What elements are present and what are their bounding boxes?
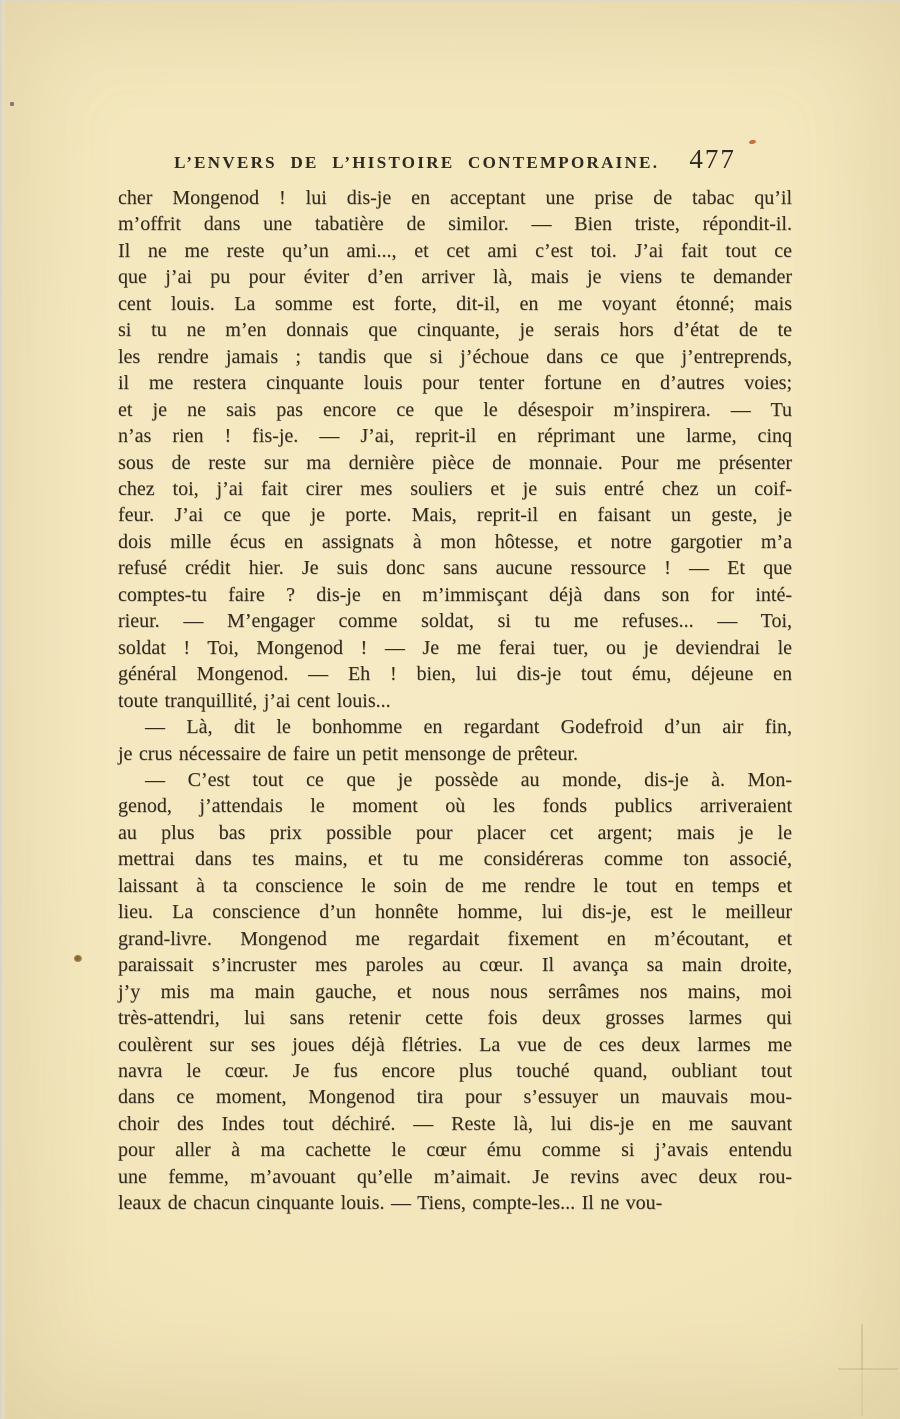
text-line: Il ne me reste qu’un ami..., et cet ami … [118, 238, 792, 264]
paper-foxing-speck [74, 955, 82, 962]
text-line: et je ne sais pas encore ce que le déses… [118, 397, 792, 423]
text-line: il me restera cinquante louis pour tente… [118, 370, 792, 396]
text-line: grand-livre. Mongenod me regardait fixem… [118, 926, 792, 952]
show-through-line [861, 1372, 863, 1416]
text-line: refusé crédit hier. Je suis donc sans au… [118, 555, 792, 581]
running-head: L’ENVERS DE L’HISTOIRE CONTEMPORAINE. 47… [118, 144, 792, 175]
text-line: soldat ! Toi, Mongenod ! — Je me ferai t… [118, 635, 792, 661]
text-line: si tu ne m’en donnais que cinquante, je … [118, 317, 792, 343]
text-line: lieu. La conscience d’un honnête homme, … [118, 899, 792, 925]
text-line: — Là, dit le bonhomme en regardant Godef… [118, 714, 792, 740]
text-line: cent louis. La somme est forte, dit-il, … [118, 291, 792, 317]
text-line: dans ce moment, Mongenod tira pour s’ess… [118, 1084, 792, 1110]
text-line: pour aller à ma cachette le cœur ému com… [118, 1137, 792, 1163]
text-line: — C’est tout ce que je possède au monde,… [118, 767, 792, 793]
text-line: dois mille écus en assignats à mon hôtes… [118, 529, 792, 555]
running-title: L’ENVERS DE L’HISTOIRE CONTEMPORAINE. [174, 153, 659, 173]
text-line: m’offrit dans une tabatière de similor. … [118, 211, 792, 237]
text-line: toute tranquillité, j’ai cent louis... [118, 688, 792, 714]
text-line: choir des Indes tout déchiré. — Reste là… [118, 1111, 792, 1137]
text-line: au plus bas prix possible pour placer ce… [118, 820, 792, 846]
text-line: les rendre jamais ; tandis que si j’écho… [118, 344, 792, 370]
paragraph: — Là, dit le bonhomme en regardant Godef… [118, 714, 792, 767]
scan-edge-top [0, 0, 900, 3]
text-line: très-attendri, lui sans retenir cette fo… [118, 1005, 792, 1031]
text-line: comptes-tu faire ? dis-je en m’immisçant… [118, 582, 792, 608]
text-line: général Mongenod. — Eh ! bien, lui dis-j… [118, 661, 792, 687]
text-line: que j’ai pu pour éviter d’en arriver là,… [118, 264, 792, 290]
text-line: laissant à ta conscience le soin de me r… [118, 873, 792, 899]
scanned-book-page: L’ENVERS DE L’HISTOIRE CONTEMPORAINE. 47… [0, 0, 900, 1419]
text-line: feur. J’ai ce que je porte. Mais, reprit… [118, 502, 792, 528]
paragraph: cher Mongenod ! lui dis-je en acceptant … [118, 185, 792, 714]
text-line: je crus nécessaire de faire un petit men… [118, 741, 792, 767]
body-text: cher Mongenod ! lui dis-je en acceptant … [118, 185, 792, 1217]
text-line: leaux de chacun cinquante louis. — Tiens… [118, 1190, 792, 1216]
text-line: rieur. — M’engager comme soldat, si tu m… [118, 608, 792, 634]
text-line: sous de reste sur ma dernière pièce de m… [118, 450, 792, 476]
paragraph: — C’est tout ce que je possède au monde,… [118, 767, 792, 1217]
text-line: coulèrent sur ses joues déjà flétries. L… [118, 1032, 792, 1058]
text-line: genod, j’attendais le moment où les fond… [118, 793, 792, 819]
paper-speck [10, 102, 14, 106]
text-line: mettrai dans tes mains, et tu me considé… [118, 846, 792, 872]
scan-edge-left [0, 0, 6, 1419]
text-line: navra le cœur. Je fus encore plus touché… [118, 1058, 792, 1084]
text-line: j’y mis ma main gauche, et nous nous ser… [118, 979, 792, 1005]
text-line: cher Mongenod ! lui dis-je en acceptant … [118, 185, 792, 211]
text-line: une femme, m’avouant qu’elle m’aimait. J… [118, 1164, 792, 1190]
text-line: chez toi, j’ai fait cirer mes souliers e… [118, 476, 792, 502]
text-line: paraissait s’incruster mes paroles au cœ… [118, 952, 792, 978]
text-line: n’as rien ! fis-je. — J’ai, reprit-il en… [118, 423, 792, 449]
page-number: 477 [689, 144, 736, 175]
show-through-line [838, 1368, 898, 1370]
show-through-line [861, 1324, 863, 1370]
